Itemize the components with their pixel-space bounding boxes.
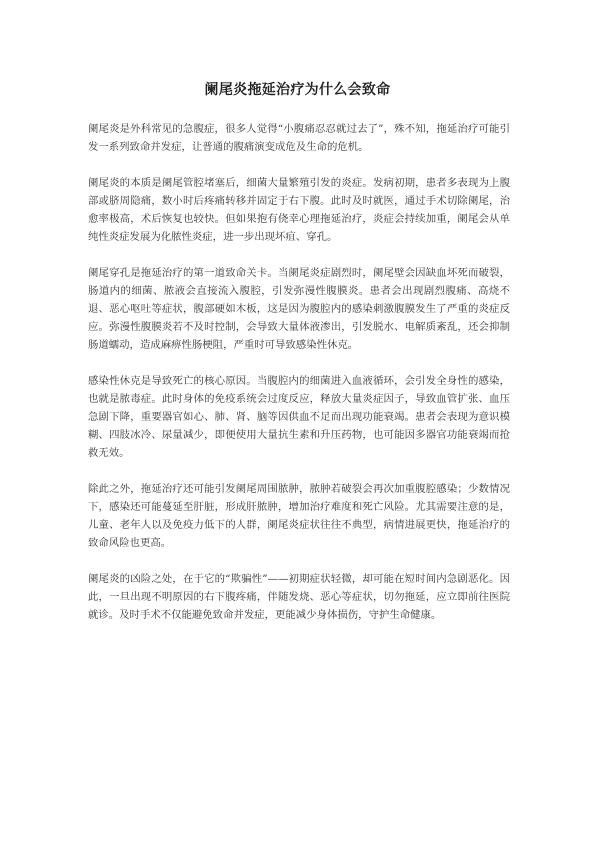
document-body: 阑尾炎是外科常见的急腹症，很多人觉得“小腹痛忍忍就过去了”，殊不知，拖延治疗可能… xyxy=(88,120,510,642)
document-page: 阑尾炎拖延治疗为什么会致命 阑尾炎是外科常见的急腹症，很多人觉得“小腹痛忍忍就过… xyxy=(0,0,595,841)
paragraph-septic-shock: 感染性休克是导致死亡的核心原因。当腹腔内的细菌进入血液循环，会引发全身性的感染，… xyxy=(88,372,510,462)
paragraph-intro: 阑尾炎是外科常见的急腹症，很多人觉得“小腹痛忍忍就过去了”，殊不知，拖延治疗可能… xyxy=(88,120,510,156)
paragraph-other-complications: 除此之外，拖延治疗还可能引发阑尾周围脓肿，脓肿若破裂会再次加重腹腔感染；少数情况… xyxy=(88,480,510,552)
document-title: 阑尾炎拖延治疗为什么会致命 xyxy=(0,79,595,99)
paragraph-conclusion: 阑尾炎的凶险之处，在于它的“欺骗性”——初期症状轻微，却可能在短时间内急剧恶化。… xyxy=(88,570,510,624)
paragraph-perforation: 阑尾穿孔是拖延治疗的第一道致命关卡。当阑尾炎症剧烈时，阑尾壁会因缺血坏死而破裂，… xyxy=(88,264,510,354)
paragraph-nature: 阑尾炎的本质是阑尾管腔堵塞后，细菌大量繁殖引发的炎症。发病初期，患者多表现为上腹… xyxy=(88,174,510,246)
